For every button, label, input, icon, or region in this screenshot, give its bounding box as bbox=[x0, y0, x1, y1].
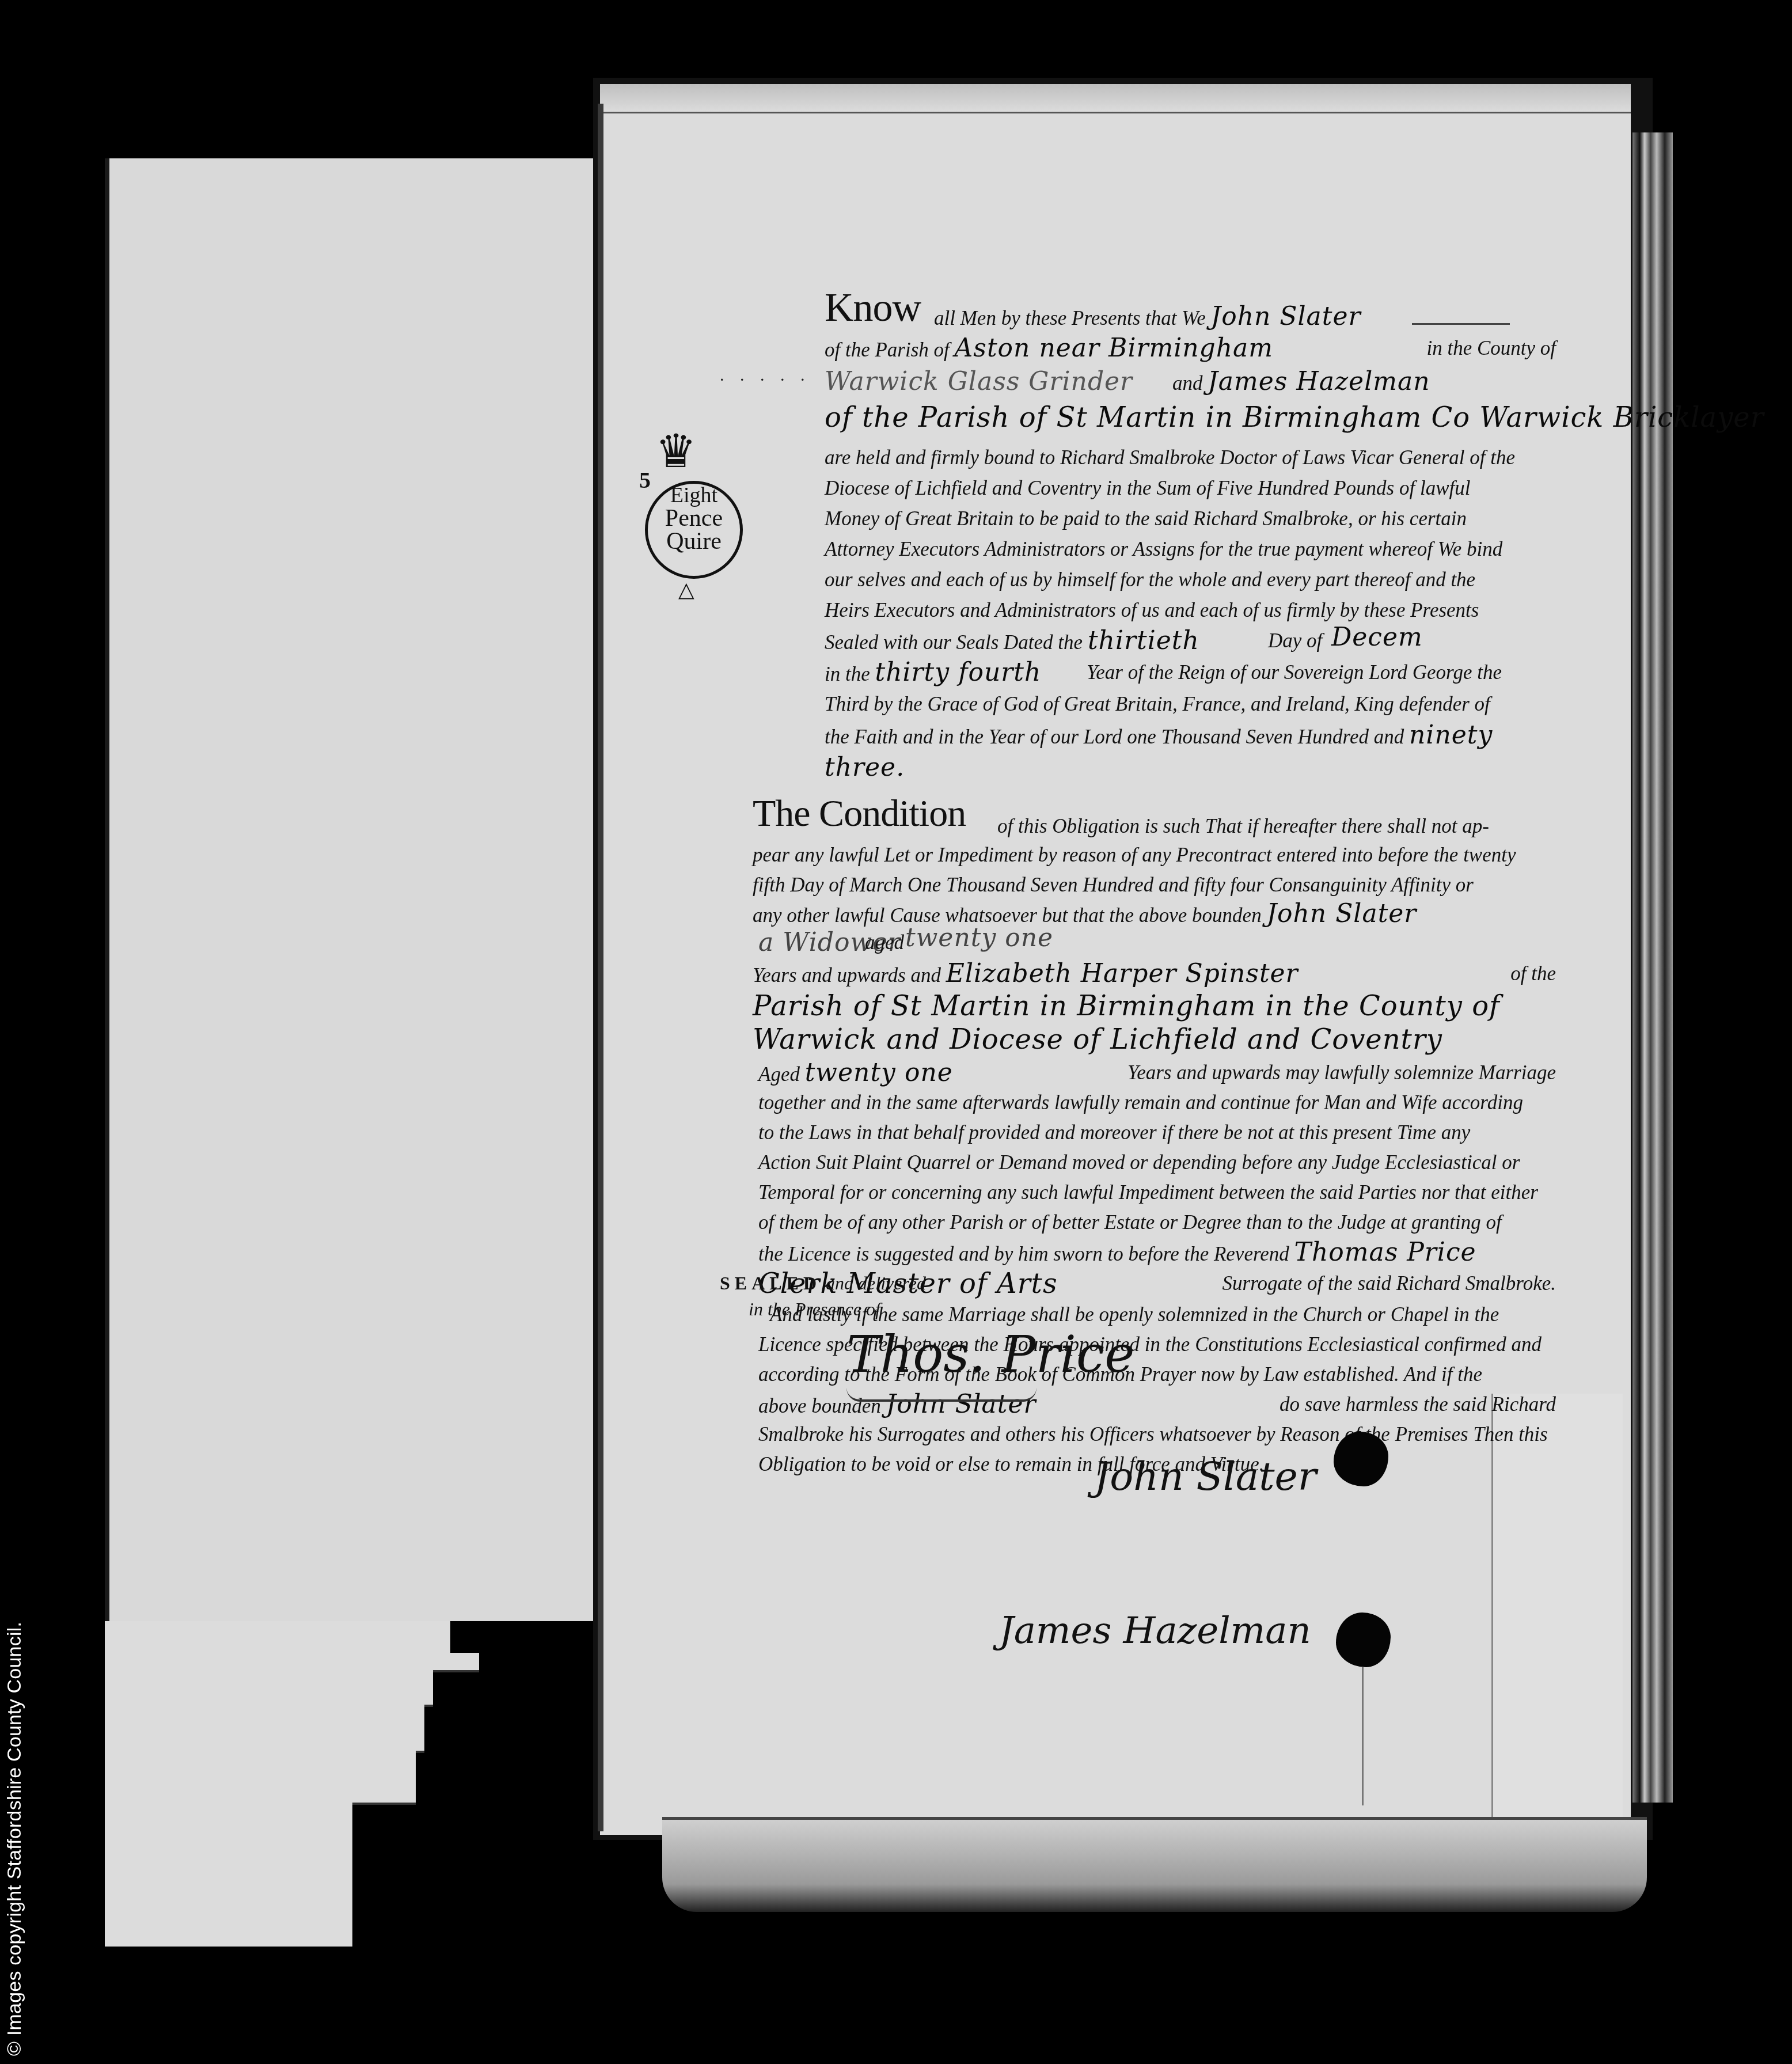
dot-marks: . . . . . bbox=[720, 366, 811, 385]
bond-line-4: of the Parish of St Martin in Birmingham… bbox=[825, 406, 1556, 432]
bond-line-1: all Men by these Presents that We John S… bbox=[934, 305, 1556, 330]
page-stack-edge bbox=[105, 1751, 416, 1805]
condition-bounden-line: any other lawful Cause whatsoever but th… bbox=[753, 902, 1556, 927]
bond-line-3: Warwick Glass Grinder and James Hazelman bbox=[825, 370, 1556, 395]
sealed-line: SEALED and delivered bbox=[720, 1273, 926, 1294]
bond-year-line-2: three. bbox=[825, 756, 1556, 781]
folded-flap bbox=[1491, 1394, 1623, 1820]
bond-heading: Know bbox=[825, 285, 921, 331]
stamp-line: Quire bbox=[648, 530, 740, 553]
stamp-line: Eight bbox=[648, 484, 740, 507]
page-stack-edge bbox=[105, 1670, 433, 1707]
witness-signature: Thos. Price bbox=[846, 1325, 1134, 1384]
stamp-circle: Eight Pence Quire bbox=[645, 481, 743, 579]
wax-seal-1 bbox=[1334, 1432, 1388, 1486]
page-stack-edge bbox=[105, 1653, 479, 1672]
bond-body-line: our selves and each of us by himself for… bbox=[825, 568, 1556, 591]
bond-year-line: the Faith and in the Year of our Lord on… bbox=[825, 724, 1556, 749]
signature-james-hazelman: James Hazelman bbox=[999, 1610, 1311, 1652]
bond-line-2: of the Parish of Aston near Birmingham i… bbox=[825, 337, 1556, 362]
condition-line: together and in the same afterwards lawf… bbox=[758, 1091, 1556, 1114]
bond-body-line: Money of Great Britain to be paid to the… bbox=[825, 507, 1556, 530]
condition-line: pear any lawful Let or Impediment by rea… bbox=[753, 844, 1556, 867]
page-stack-edge bbox=[105, 1705, 424, 1753]
handwritten-bride-name: Elizabeth Harper Spinster bbox=[946, 959, 1299, 988]
bond-dated-line: Sealed with our Seals Dated the thirtiet… bbox=[825, 629, 1556, 654]
handwritten-month: Decem bbox=[1331, 626, 1423, 649]
condition-aged-line: a Widower aged twenty one bbox=[758, 931, 1490, 956]
binding-line bbox=[598, 104, 603, 1831]
bond-body-line: Attorney Executors Administrators or Ass… bbox=[825, 538, 1556, 561]
condition-parish-line: Warwick and Diocese of Lichfield and Cov… bbox=[753, 1028, 1484, 1054]
condition-parish-line: Parish of St Martin in Birmingham in the… bbox=[753, 995, 1484, 1020]
bond-reign-line: in the thirty fourth Year of the Reign o… bbox=[825, 661, 1556, 686]
paper-crack bbox=[1362, 1667, 1364, 1805]
left-page bbox=[105, 158, 597, 1621]
bond-body-line: are held and firmly bound to Richard Sma… bbox=[825, 446, 1556, 469]
bond-body-line: Diocese of Lichfield and Coventry in the… bbox=[825, 477, 1556, 500]
triangle-icon: △ bbox=[678, 578, 694, 602]
handwritten-day: thirtieth bbox=[1088, 626, 1199, 655]
condition-heading: The Condition bbox=[753, 792, 966, 836]
page-stack-edge bbox=[105, 1803, 352, 1947]
handwritten-name: John Slater bbox=[1211, 302, 1361, 331]
condition-bride-aged-line: Aged twenty one Years and upwards may la… bbox=[758, 1061, 1556, 1086]
bond-body-line: Heirs Executors and Administrators of us… bbox=[825, 599, 1556, 622]
wax-seal-2 bbox=[1336, 1612, 1391, 1667]
page-stack-edge bbox=[105, 1621, 450, 1655]
page-bottom-edge bbox=[662, 1817, 1647, 1912]
condition-line: And lastly if the same Marriage shall be… bbox=[770, 1303, 1556, 1326]
right-page-edges bbox=[1632, 132, 1673, 1803]
copyright-notice: © Images copyright Staffordshire County … bbox=[3, 1622, 26, 2056]
signature-john-slater: John Slater bbox=[1094, 1454, 1316, 1500]
stamp-line: Pence bbox=[648, 507, 740, 530]
signature-flourish bbox=[846, 1388, 1037, 1402]
condition-bride-line: Years and upwards and Elizabeth Harper S… bbox=[753, 962, 1556, 987]
duty-stamp: ♛ 5 Eight Pence Quire △ bbox=[639, 423, 737, 596]
crown-icon: ♛ bbox=[655, 429, 697, 475]
condition-line: to the Laws in that behalf provided and … bbox=[758, 1121, 1556, 1144]
condition-line: fifth Day of March One Thousand Seven Hu… bbox=[753, 874, 1556, 897]
condition-reverend-line: the Licence is suggested and by him swor… bbox=[758, 1241, 1556, 1266]
page-top-edge bbox=[600, 84, 1631, 113]
condition-line: of them be of any other Parish or of bet… bbox=[758, 1211, 1556, 1234]
condition-line: Action Suit Plaint Quarrel or Demand mov… bbox=[758, 1151, 1556, 1174]
condition-line: Smalbroke his Surrogates and others his … bbox=[758, 1423, 1556, 1446]
condition-line: of this Obligation is such That if herea… bbox=[997, 815, 1556, 838]
left-page-edge bbox=[105, 158, 109, 1621]
condition-line: Temporal for or concerning any such lawf… bbox=[758, 1181, 1556, 1204]
bond-body-line: Third by the Grace of God of Great Brita… bbox=[825, 693, 1556, 716]
presence-line: in the Presence of bbox=[749, 1299, 880, 1320]
